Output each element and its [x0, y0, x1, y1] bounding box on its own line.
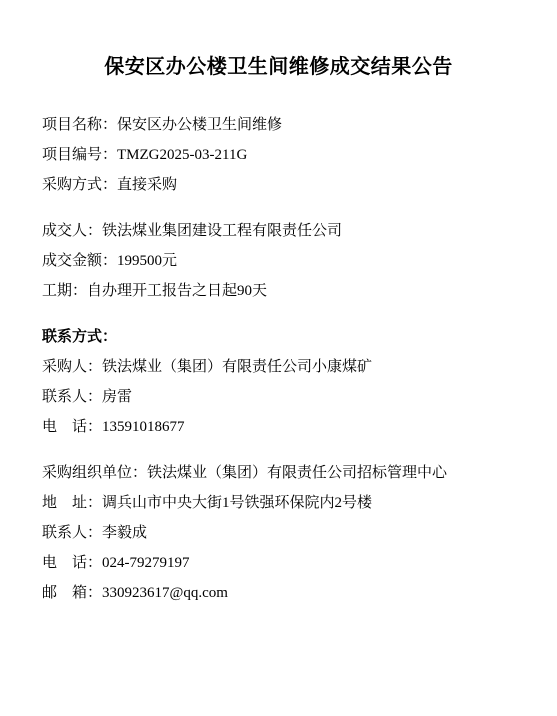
purchaser-org-label: 采购人：: [42, 359, 102, 375]
project-number-value: TMZG2025-03-211G: [117, 147, 247, 163]
purchaser-person-line: 联系人：房雷: [42, 382, 515, 412]
project-name-label: 项目名称：: [42, 117, 117, 133]
amount-label: 成交金额：: [42, 253, 117, 269]
purchaser-phone-label: 电 话：: [42, 419, 102, 435]
organizer-email-label: 邮 箱：: [42, 585, 102, 601]
project-name-line: 项目名称：保安区办公楼卫生间维修: [42, 110, 515, 140]
purchaser-org-value: 铁法煤业（集团）有限责任公司小康煤矿: [102, 359, 372, 375]
organizer-address-value: 调兵山市中央大街1号铁强环保院内2号楼: [102, 495, 372, 511]
amount-value: 199500元: [117, 253, 177, 269]
amount-line: 成交金额：199500元: [42, 246, 515, 276]
organizer-address-label: 地 址：: [42, 495, 102, 511]
purchaser-person-label: 联系人：: [42, 389, 102, 405]
duration-value: 自办理开工报告之日起90天: [87, 283, 267, 299]
project-number-label: 项目编号：: [42, 147, 117, 163]
purchaser-phone-value: 13591018677: [102, 419, 185, 435]
document-page: 保安区办公楼卫生间维修成交结果公告 项目名称：保安区办公楼卫生间维修 项目编号：…: [0, 0, 557, 716]
duration-label: 工期：: [42, 283, 87, 299]
project-info-section: 项目名称：保安区办公楼卫生间维修 项目编号：TMZG2025-03-211G 采…: [42, 110, 515, 200]
organizer-contact-section: 采购组织单位：铁法煤业（集团）有限责任公司招标管理中心 地 址：调兵山市中央大街…: [42, 458, 515, 608]
procurement-method-value: 直接采购: [117, 177, 177, 193]
purchaser-person-value: 房雷: [102, 389, 132, 405]
organizer-phone-label: 电 话：: [42, 555, 102, 571]
organizer-org-line: 采购组织单位：铁法煤业（集团）有限责任公司招标管理中心: [42, 458, 515, 488]
organizer-email-value: 330923617@qq.com: [102, 585, 228, 601]
purchaser-org-line: 采购人：铁法煤业（集团）有限责任公司小康煤矿: [42, 352, 515, 382]
organizer-phone-line: 电 话：024-79279197: [42, 548, 515, 578]
winner-value: 铁法煤业集团建设工程有限责任公司: [102, 223, 342, 239]
organizer-person-label: 联系人：: [42, 525, 102, 541]
duration-line: 工期：自办理开工报告之日起90天: [42, 276, 515, 306]
project-name-value: 保安区办公楼卫生间维修: [117, 117, 282, 133]
organizer-org-value: 铁法煤业（集团）有限责任公司招标管理中心: [147, 465, 447, 481]
project-number-line: 项目编号：TMZG2025-03-211G: [42, 140, 515, 170]
contact-heading: 联系方式：: [42, 322, 515, 352]
organizer-phone-value: 024-79279197: [102, 555, 190, 571]
organizer-email-line: 邮 箱：330923617@qq.com: [42, 578, 515, 608]
winner-line: 成交人：铁法煤业集团建设工程有限责任公司: [42, 216, 515, 246]
award-info-section: 成交人：铁法煤业集团建设工程有限责任公司 成交金额：199500元 工期：自办理…: [42, 216, 515, 306]
page-title: 保安区办公楼卫生间维修成交结果公告: [42, 54, 515, 80]
procurement-method-line: 采购方式：直接采购: [42, 170, 515, 200]
purchaser-phone-line: 电 话：13591018677: [42, 412, 515, 442]
organizer-person-value: 李毅成: [102, 525, 147, 541]
procurement-method-label: 采购方式：: [42, 177, 117, 193]
purchaser-contact-section: 联系方式： 采购人：铁法煤业（集团）有限责任公司小康煤矿 联系人：房雷 电 话：…: [42, 322, 515, 442]
organizer-address-line: 地 址：调兵山市中央大街1号铁强环保院内2号楼: [42, 488, 515, 518]
organizer-person-line: 联系人：李毅成: [42, 518, 515, 548]
winner-label: 成交人：: [42, 223, 102, 239]
organizer-org-label: 采购组织单位：: [42, 465, 147, 481]
